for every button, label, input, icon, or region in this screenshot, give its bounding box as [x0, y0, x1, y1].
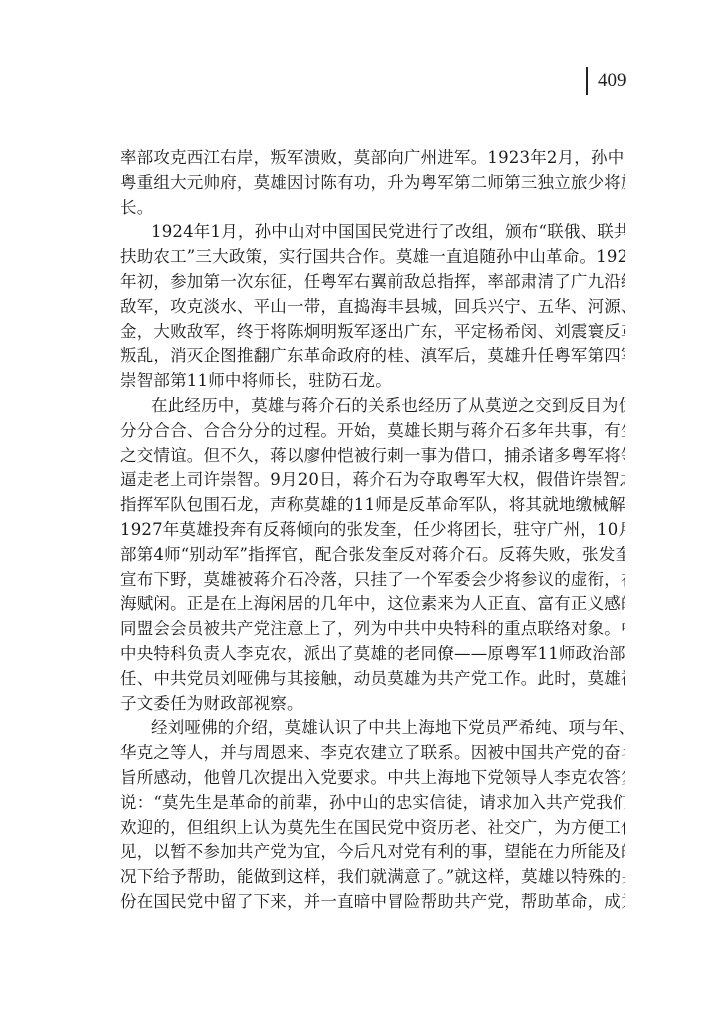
text-line: 长。	[120, 196, 625, 221]
text-line: 率部攻克西江右岸，叛军溃败，莫部向广州进军。1923年2月，孙中山回	[120, 146, 625, 171]
body-text: 率部攻克西江右岸，叛军溃败，莫部向广州进军。1923年2月，孙中山回粤重组大元帅…	[120, 146, 625, 915]
header-divider	[586, 67, 588, 95]
text-line: 年初，参加第一次东征，任粤军右翼前敌总指挥，率部肃清了广九沿线	[120, 270, 625, 295]
text-line: 欢迎的，但组织上认为莫先生在国民党中资历老、社交广，为方便工作起	[120, 816, 625, 841]
text-line: 海赋闲。正是在上海闲居的几年中，这位素来为人正直、富有正义感的老	[120, 592, 625, 617]
text-line: 任、中共党员刘哑佛与其接触，动员莫雄为共产党工作。此时，莫雄被宋	[120, 667, 625, 692]
text-line: 指挥军队包围石龙，声称莫雄的11师是反革命军队，将其就地缴械解散。	[120, 493, 625, 518]
text-line: 见，以暂不参加共产党为宜，今后凡对党有利的事，望能在力所能及的情	[120, 840, 625, 865]
text-line: 说：“莫先生是革命的前辈，孙中山的忠实信徒，请求加入共产党我们是	[120, 791, 625, 816]
text-line: 之交情谊。但不久，蒋以廖仲恺被行刺一事为借口，捕杀诸多粤军将领，	[120, 444, 625, 469]
paragraph-first-line: 在此经历中，莫雄与蒋介石的关系也经历了从莫逆之交到反目为仇、	[120, 394, 625, 419]
page-header: 409	[586, 64, 627, 98]
text-line: 况下给予帮助，能做到这样，我们就满意了。”就这样，莫雄以特殊的身	[120, 865, 625, 890]
text-line: 分分合合、合合分分的过程。开始，莫雄长期与蒋介石多年共事，有生死	[120, 419, 625, 444]
text-line: 同盟会会员被共产党注意上了，列为中共中央特科的重点联络对象。中共	[120, 617, 625, 642]
text-line: 中央特科负责人李克农，派出了莫雄的老同僚——原粤军11师政治部主	[120, 642, 625, 667]
text-line: 逼走老上司许崇智。9月20日，蒋介石为夺取粤军大权，假借许崇智之令	[120, 468, 625, 493]
text-line: 份在国民党中留了下来，并一直暗中冒险帮助共产党，帮助革命，成为中	[120, 890, 625, 915]
text-line: 粤重组大元帅府，莫雄因讨陈有功，升为粤军第二师第三独立旅少将旅	[120, 171, 625, 196]
paragraph-first-line: 经刘哑佛的介绍，莫雄认识了中共上海地下党员严希纯、项与年、	[120, 716, 625, 741]
page-number: 409	[598, 70, 627, 92]
text-line: 敌军，攻克淡水、平山一带，直捣海丰县城，回兵兴宁、五华、河源、紫	[120, 295, 625, 320]
text-line: 子文委任为财政部视察。	[120, 692, 625, 717]
text-line: 崇智部第11师中将师长，驻防石龙。	[120, 369, 625, 394]
text-line: 部第4师“别动军”指挥官，配合张发奎反对蒋介石。反蒋失败，张发奎	[120, 543, 625, 568]
paragraph-first-line: 1924年1月，孙中山对中国国民党进行了改组，颁布“联俄、联共、	[120, 220, 625, 245]
text-line: 旨所感动，他曾几次提出入党要求。中共上海地下党领导人李克农答复他	[120, 766, 625, 791]
text-line: 金，大败敌军，终于将陈炯明叛军逐出广东，平定杨希闵、刘震寰反革命	[120, 320, 625, 345]
text-line: 华克之等人，并与周恩来、李克农建立了联系。因被中国共产党的奋斗宗	[120, 741, 625, 766]
text-line: 叛乱，消灭企图推翻广东革命政府的桂、滇军后，莫雄升任粤军第四军许	[120, 344, 625, 369]
text-line: 扶助农工”三大政策，实行国共合作。莫雄一直追随孙中山革命。1925	[120, 245, 625, 270]
text-line: 宣布下野，莫雄被蒋介石冷落，只挂了一个军委会少将参议的虚衔，在上	[120, 568, 625, 593]
text-line: 1927年莫雄投奔有反蒋倾向的张发奎，任少将团长，驻守广州，10月任张	[120, 518, 625, 543]
